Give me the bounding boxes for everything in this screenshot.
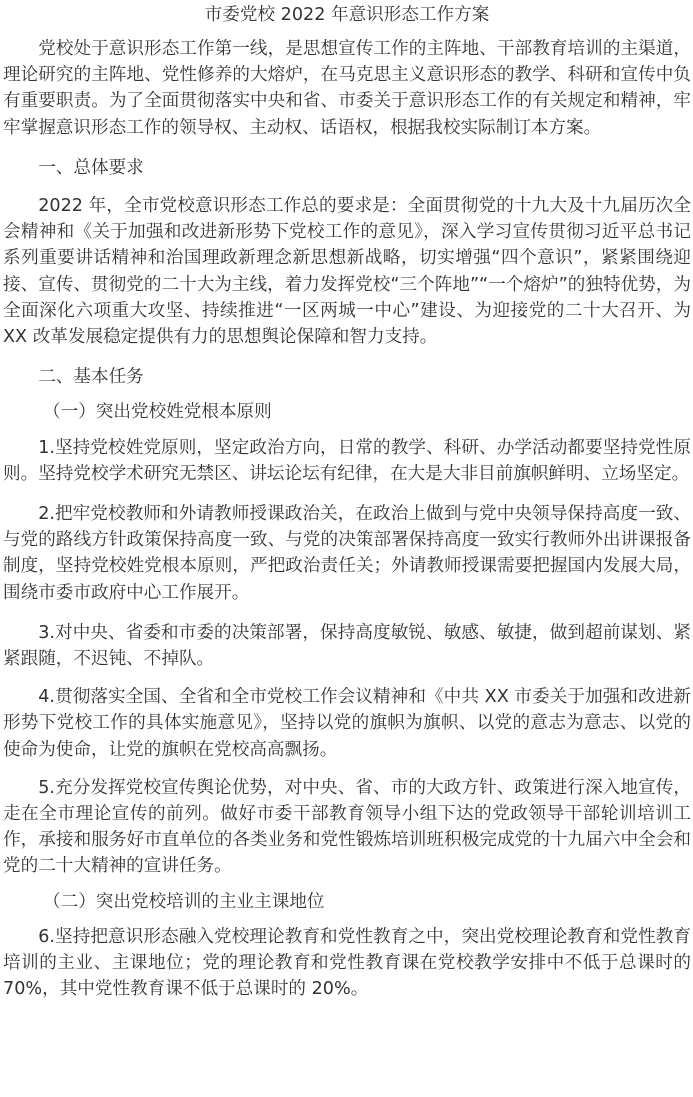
paragraph-item-2: 2.把牢党校教师和外请教师授课政治关，在政治上做到与党中央领导保持高度一致、与党… xyxy=(3,501,691,606)
document-title: 市委党校 2022 年意识形态工作方案 xyxy=(3,0,691,31)
heading-general-requirements: 一、总体要求 xyxy=(3,155,691,181)
paragraph-item-1: 1.坚持党校姓党原则，坚定政治方向，日常的教学、科研、办学活动都要坚持党性原则。… xyxy=(3,435,691,487)
subheading-main-courses: （二）突出党校培训的主业主课地位 xyxy=(3,889,691,915)
heading-basic-tasks: 二、基本任务 xyxy=(3,364,691,390)
paragraph-item-6: 6.坚持把意识形态融入党校理论教育和党性教育之中，突出党校理论教育和党性教育培训… xyxy=(3,924,691,1003)
paragraph-item-3: 3.对中央、省委和市委的决策部署，保持高度敏锐、敏感、敏捷，做到超前谋划、紧紧跟… xyxy=(3,620,691,672)
paragraph-general-requirements: 2022 年，全市党校意识形态工作总的要求是：全面贯彻党的十九大及十九届历次全会… xyxy=(3,193,691,350)
paragraph-intro: 党校处于意识形态工作第一线，是思想宣传工作的主阵地、干部教育培训的主渠道，理论研… xyxy=(3,36,691,141)
paragraph-item-5: 5.充分发挥党校宣传舆论优势，对中央、省、市的大政方针、政策进行深入地宣传，走在… xyxy=(3,775,691,880)
paragraph-item-4: 4.贯彻落实全国、全省和全市党校工作会议精神和《中共 XX 市委关于加强和改进新… xyxy=(3,684,691,763)
subheading-party-principle: （一）突出党校姓党根本原则 xyxy=(3,399,691,425)
document: 市委党校 2022 年意识形态工作方案 党校处于意识形态工作第一线，是思想宣传工… xyxy=(0,0,693,1003)
